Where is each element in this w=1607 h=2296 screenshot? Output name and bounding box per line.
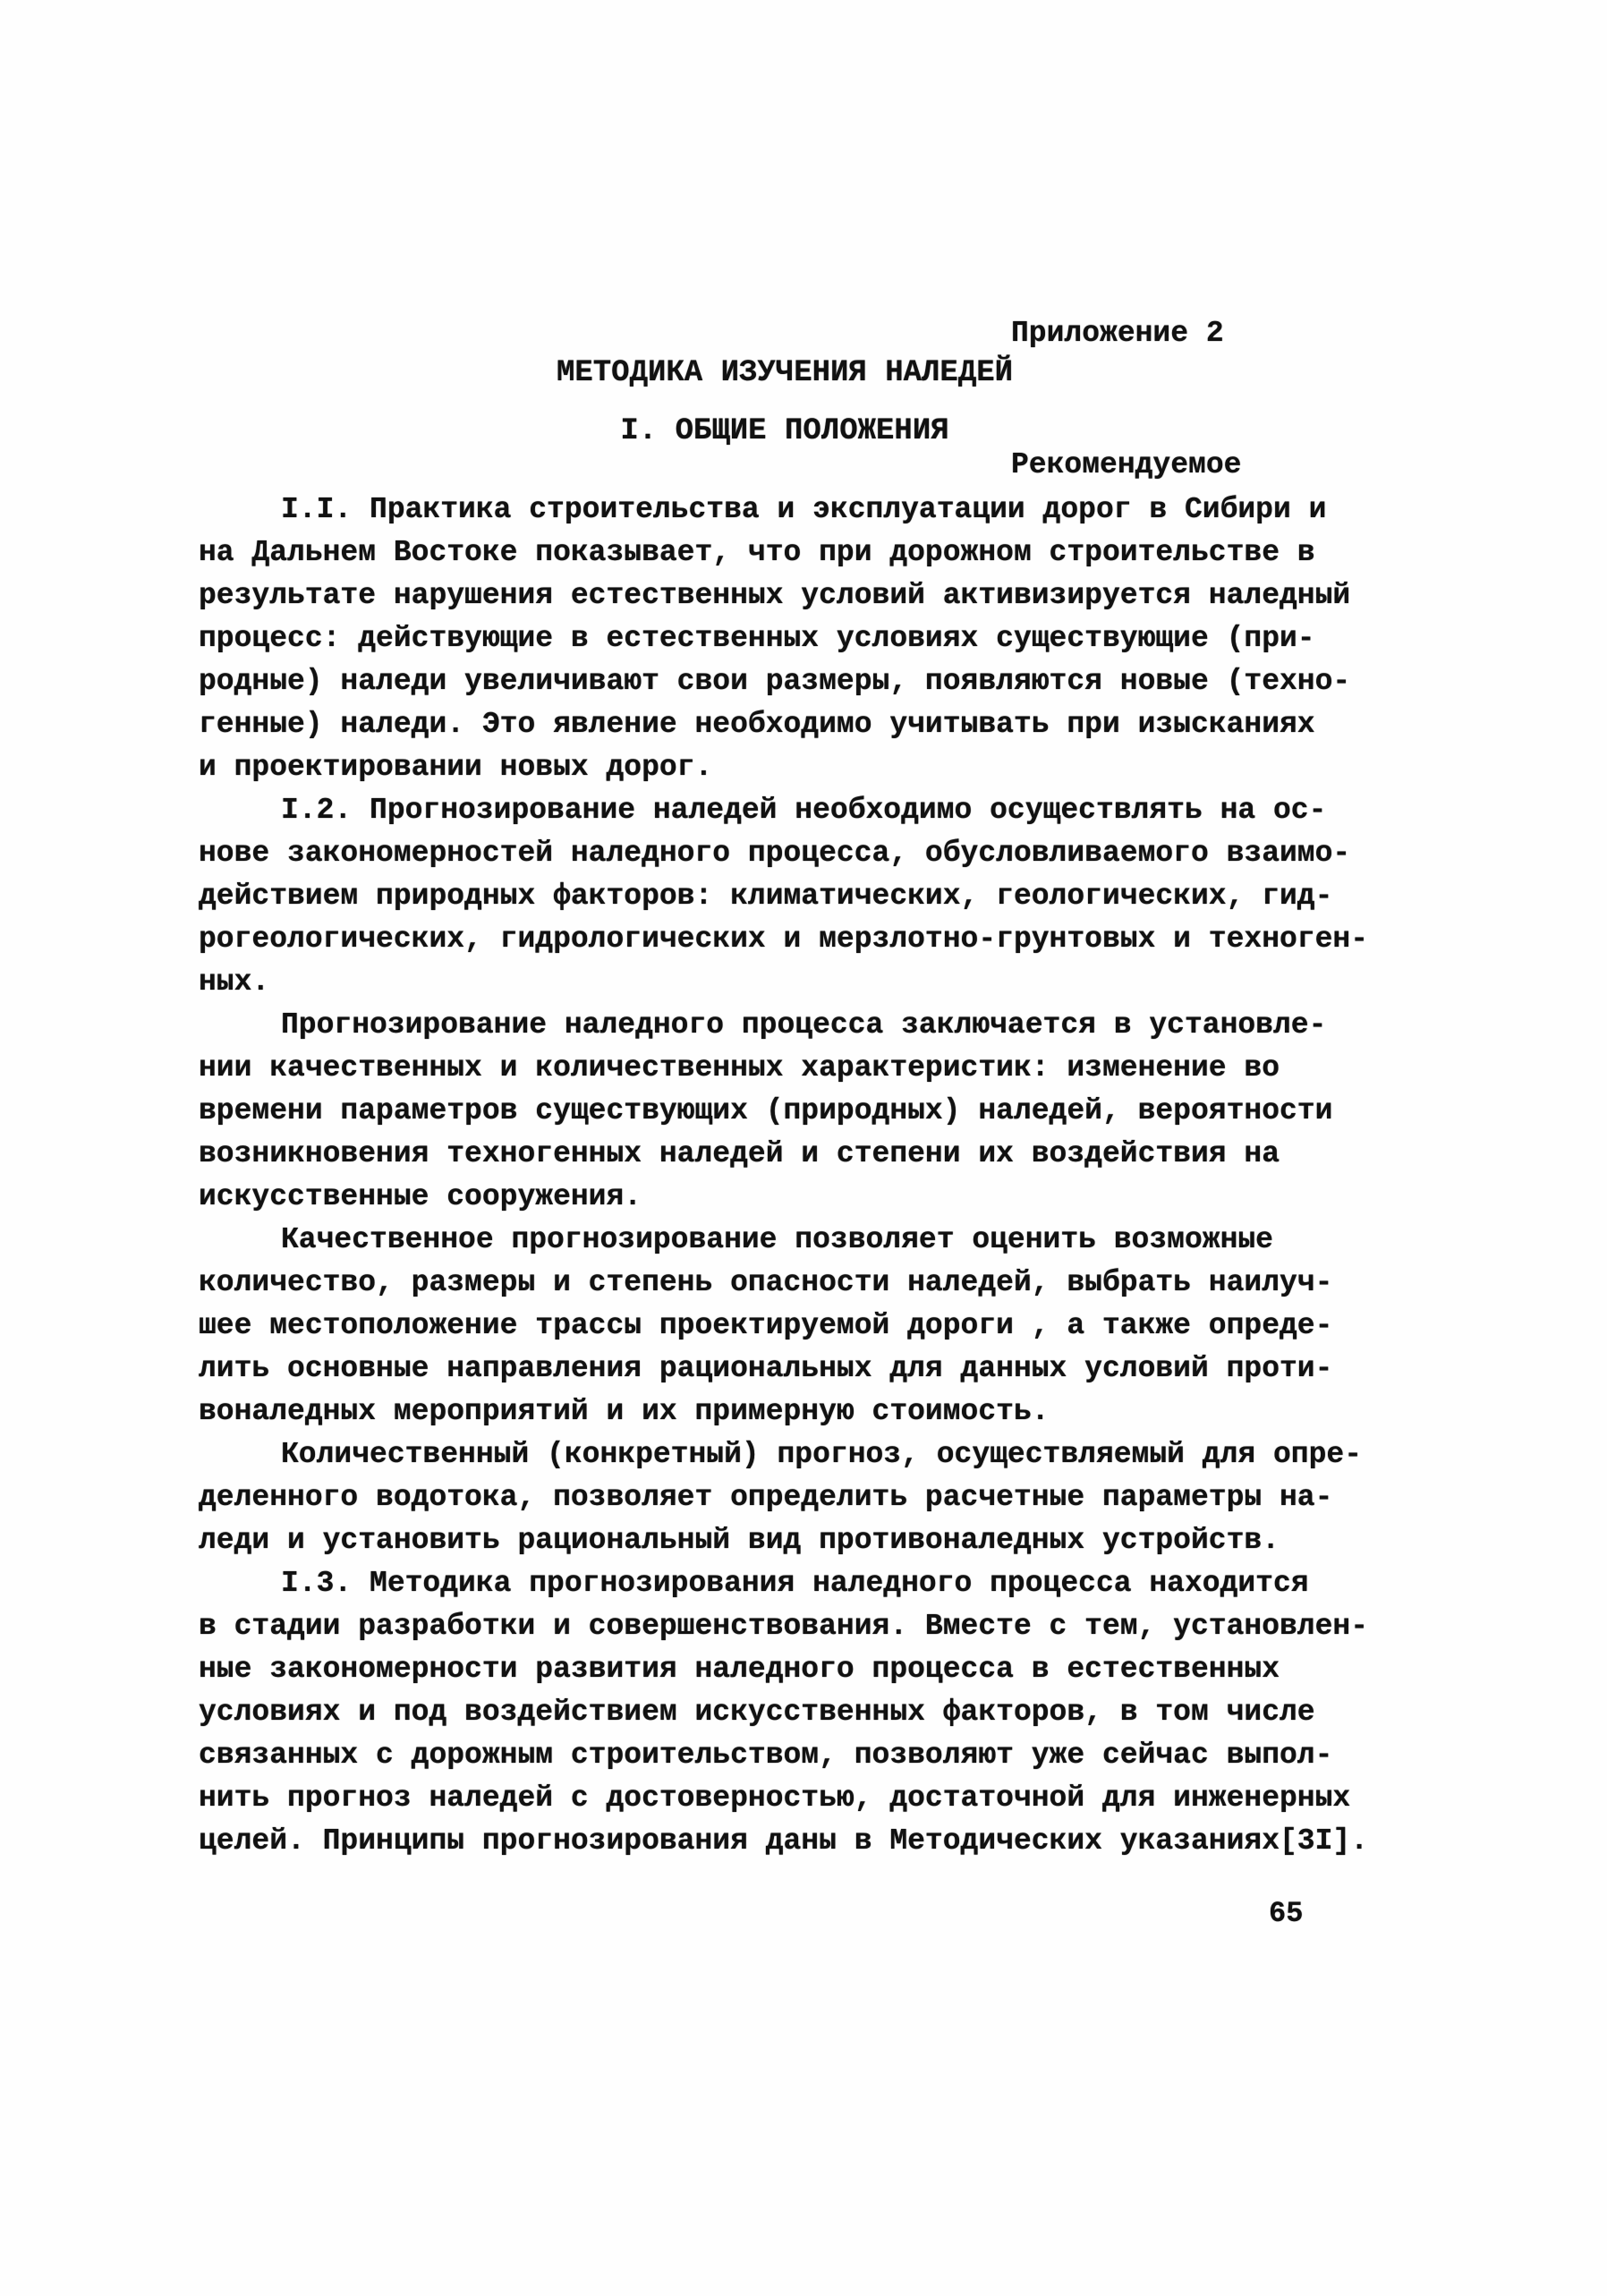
- text-line: воналедных мероприятий и их примерную ст…: [199, 1390, 1416, 1433]
- text-line: ных.: [199, 961, 1416, 1004]
- text-line: родные) наледи увеличивают свои размеры,…: [199, 660, 1416, 703]
- document-body: I.I. Практика строительства и эксплуатац…: [199, 489, 1416, 1863]
- text-line: I.3. Методика прогнозирования наледного …: [199, 1562, 1416, 1605]
- text-line: возникновения техногенных наледей и степ…: [199, 1133, 1416, 1176]
- text-line: результате нарушения естественных услови…: [199, 574, 1416, 617]
- text-line: нить прогноз наледей с достоверностью, д…: [199, 1777, 1416, 1820]
- text-line: деленного водотока, позволяет определить…: [199, 1476, 1416, 1519]
- text-line: действием природных факторов: климатичес…: [199, 875, 1416, 918]
- appendix-type: Рекомендуемое: [1011, 443, 1241, 487]
- text-line: ные закономерности развития наледного пр…: [199, 1648, 1416, 1691]
- document-title: МЕТОДИКА ИЗУЧЕНИЯ НАЛЕДЕЙ: [199, 356, 1371, 390]
- text-line: нии качественных и количественных характ…: [199, 1047, 1416, 1090]
- text-line: лить основные направления рациональных д…: [199, 1348, 1416, 1390]
- text-line: целей. Принципы прогнозирования даны в М…: [199, 1820, 1416, 1863]
- text-line: количество, размеры и степень опасности …: [199, 1262, 1416, 1305]
- text-line: Прогнозирование наледного процесса заклю…: [199, 1004, 1416, 1047]
- text-line: искусственные сооружения.: [199, 1176, 1416, 1219]
- page-number: 65: [1269, 1897, 1303, 1930]
- text-line: Качественное прогнозирование позволяет о…: [199, 1219, 1416, 1262]
- text-line: Количественный (конкретный) прогноз, осу…: [199, 1433, 1416, 1476]
- text-line: леди и установить рациональный вид проти…: [199, 1519, 1416, 1562]
- text-line: на Дальнем Востоке показывает, что при д…: [199, 531, 1416, 574]
- text-line: I.2. Прогнозирование наледей необходимо …: [199, 789, 1416, 832]
- text-line: рогеологических, гидрологических и мерзл…: [199, 918, 1416, 961]
- text-line: шее местоположение трассы проектируемой …: [199, 1305, 1416, 1348]
- text-line: нове закономерностей наледного процесса,…: [199, 832, 1416, 875]
- appendix-label: Приложение 2: [1011, 311, 1241, 355]
- text-line: связанных с дорожным строительством, поз…: [199, 1734, 1416, 1777]
- text-line: I.I. Практика строительства и эксплуатац…: [199, 489, 1416, 531]
- text-line: генные) наледи. Это явление необходимо у…: [199, 703, 1416, 746]
- text-line: времени параметров существующих (природн…: [199, 1090, 1416, 1133]
- text-line: и проектировании новых дорог.: [199, 746, 1416, 789]
- text-line: в стадии разработки и совершенствования.…: [199, 1605, 1416, 1648]
- text-line: процесс: действующие в естественных усло…: [199, 617, 1416, 660]
- section-heading: I. ОБЩИЕ ПОЛОЖЕНИЯ: [199, 414, 1371, 448]
- text-line: условиях и под воздействием искусственны…: [199, 1691, 1416, 1734]
- document-page: Приложение 2 Рекомендуемое МЕТОДИКА ИЗУЧ…: [0, 0, 1607, 2296]
